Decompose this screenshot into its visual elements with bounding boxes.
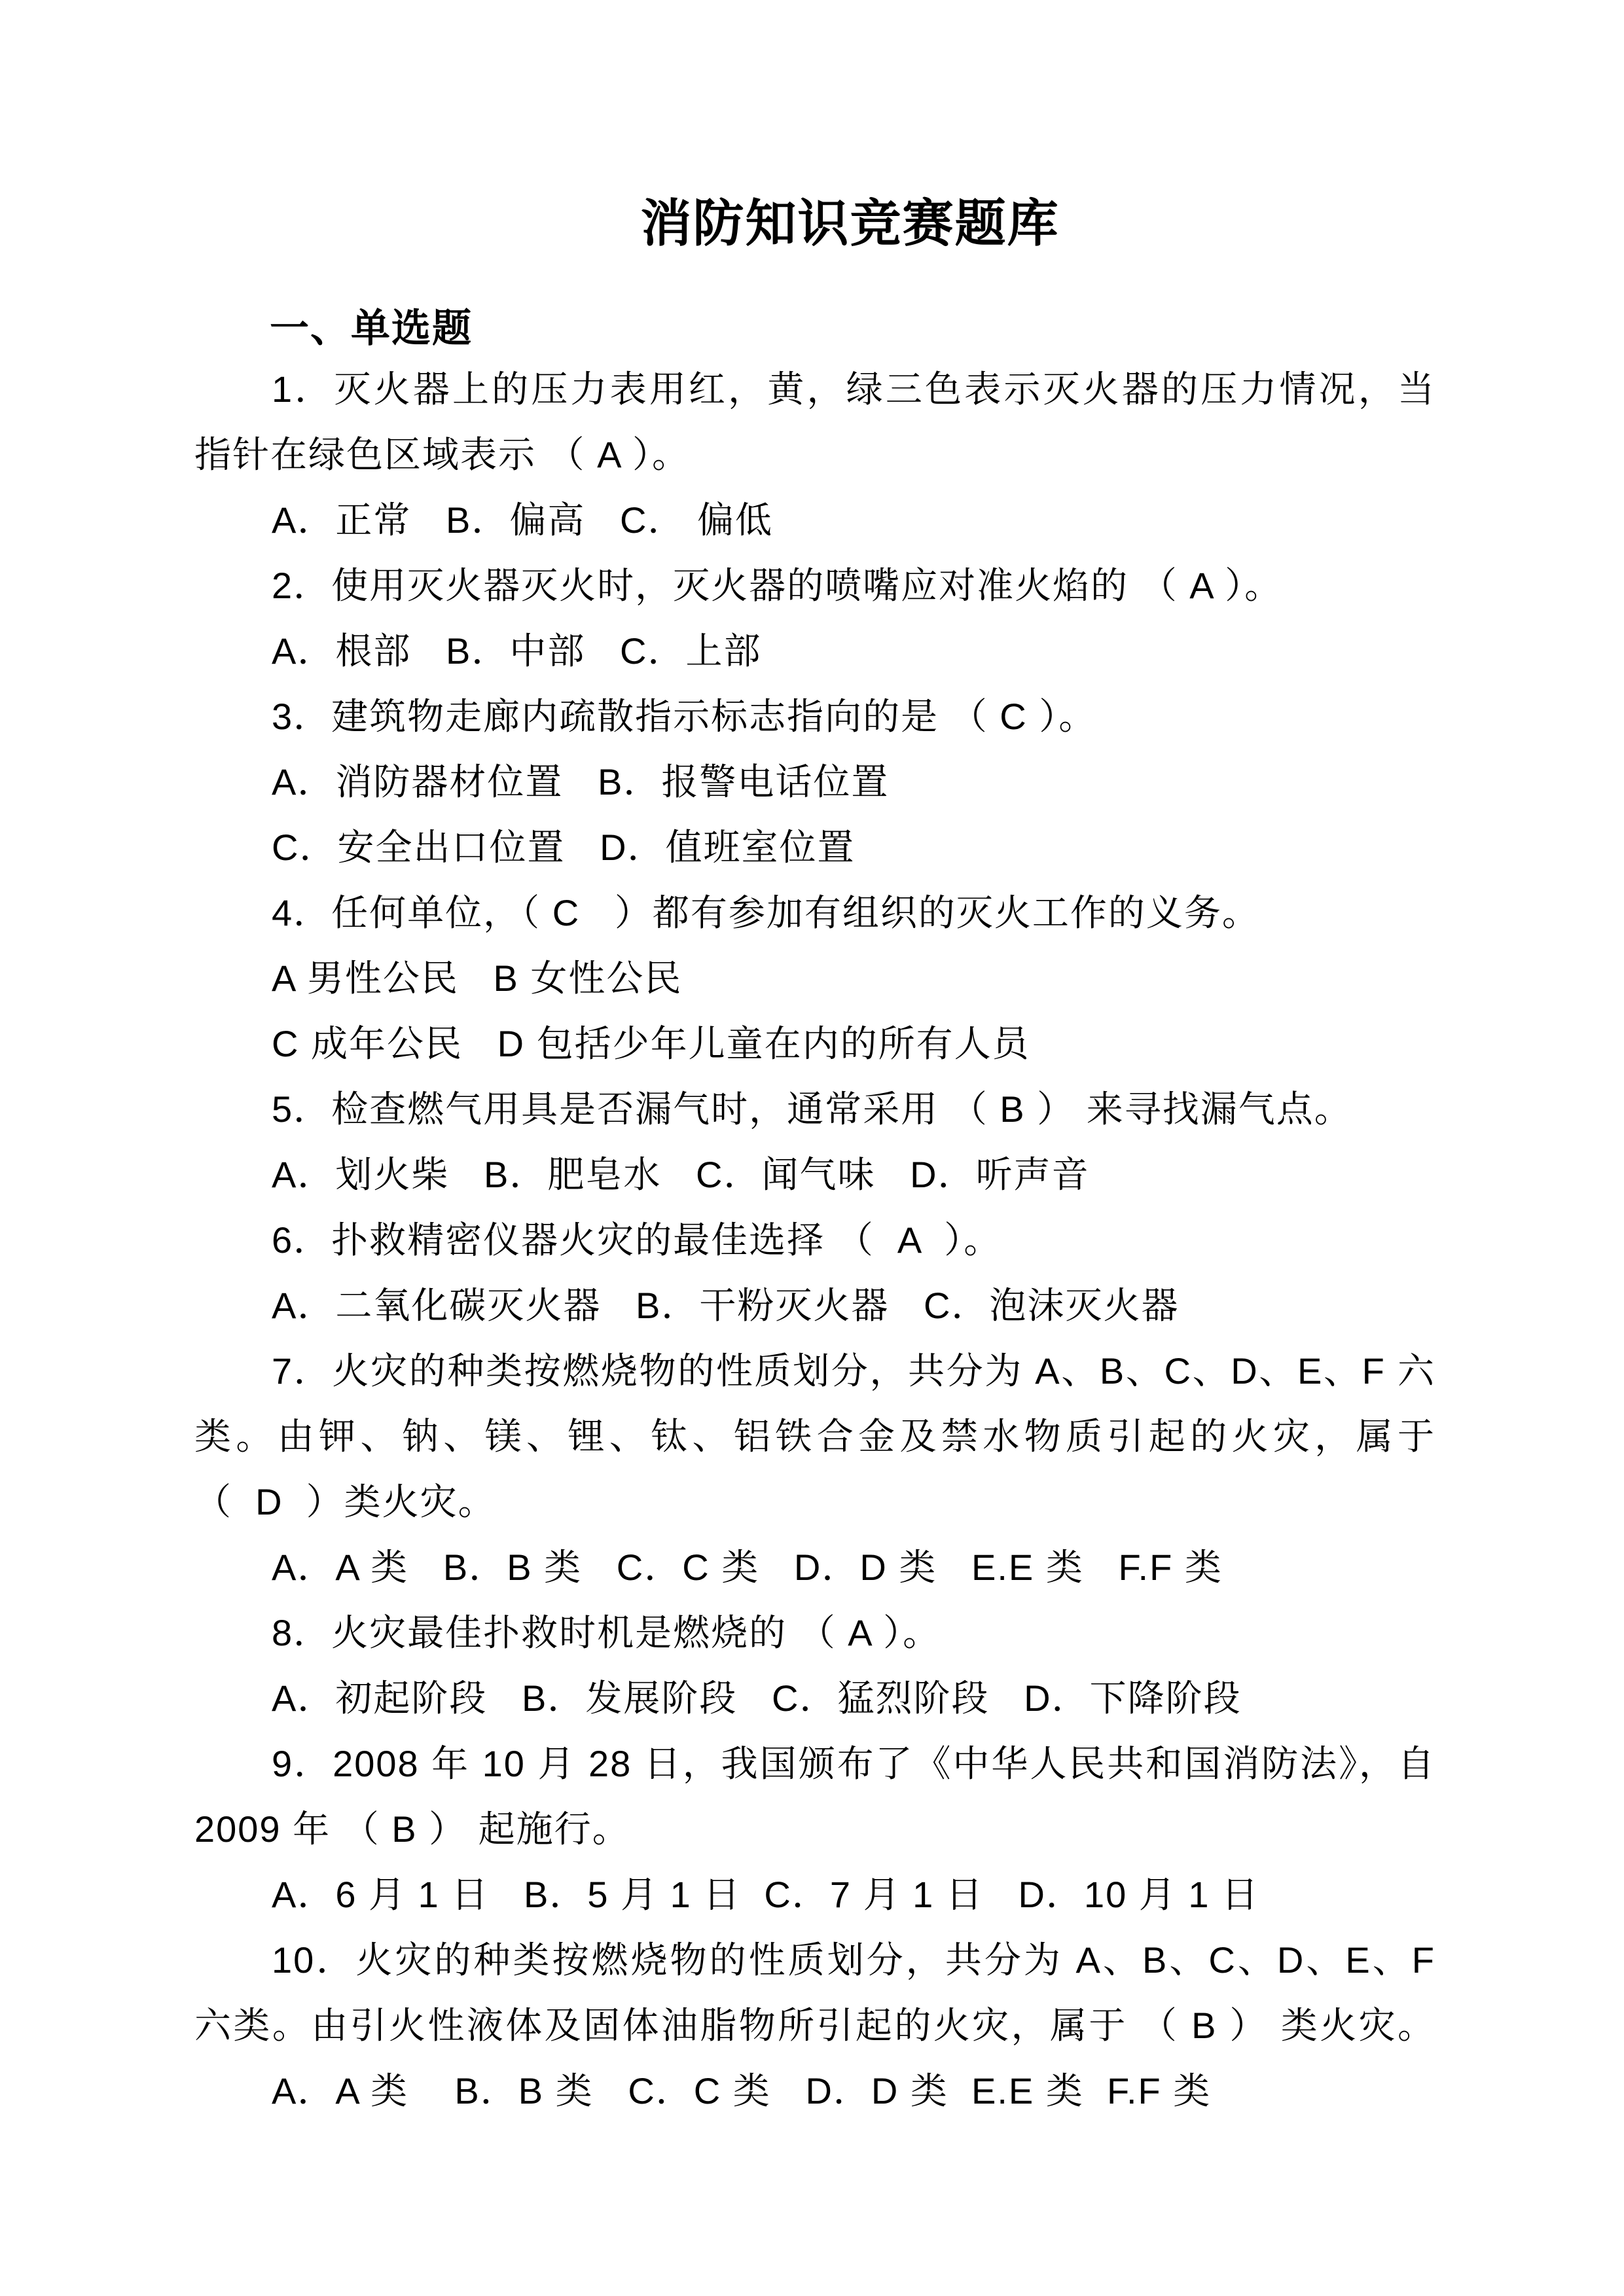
text-line: A 男性公民 B 女性公民 — [194, 946, 1435, 1011]
text-line: 六类。由引火性液体及固体油脂物所引起的火灾，属于 （ B ） 类火灾。 — [194, 1993, 1435, 2058]
text-line: C．安全出口位置 D．值班室位置 — [194, 815, 1435, 880]
text-line: 指针在绿色区域表示 （ A ）。 — [194, 422, 1435, 488]
text-line: 7．火灾的种类按燃烧物的性质划分，共分为 A、B、C、D、E、F 六 — [194, 1338, 1435, 1404]
text-line: （ D ）类火灾。 — [194, 1469, 1435, 1535]
text-line: 2009 年 （ B ） 起施行。 — [194, 1797, 1435, 1862]
text-line: 2．使用灭火器灭火时，灭火器的喷嘴应对准火焰的 （ A ）。 — [194, 553, 1435, 619]
text-line: 类。由钾、钠、镁、锂、钛、铝铁合金及禁水物质引起的火灾，属于 — [194, 1404, 1435, 1469]
text-line: 9．2008 年 10 月 28 日，我国颁布了《中华人民共和国消防法》，自 — [194, 1731, 1435, 1797]
document-page: 消防知识竞赛题库 一、单选题 1．灭火器上的压力表用红，黄，绿三色表示灭火器的压… — [0, 0, 1624, 2296]
section-heading: 一、单选题 — [270, 296, 473, 361]
text-line: A．初起阶段 B．发展阶段 C．猛烈阶段 D．下降阶段 — [194, 1666, 1435, 1731]
text-line: A．A 类 B．B 类 C．C 类 D．D 类 E.E 类 F.F 类 — [194, 2058, 1435, 2124]
text-line: A．消防器材位置 B．报警电话位置 — [194, 749, 1435, 815]
document-title: 消防知识竞赛题库 — [0, 184, 1624, 262]
text-line: 1．灭火器上的压力表用红，黄，绿三色表示灭火器的压力情况，当 — [194, 357, 1435, 422]
text-line: A．根部 B．中部 C．上部 — [194, 619, 1435, 684]
text-line: 3．建筑物走廊内疏散指示标志指向的是 （ C ）。 — [194, 684, 1435, 749]
question-list: 1．灭火器上的压力表用红，黄，绿三色表示灭火器的压力情况，当 指针在绿色区域表示… — [194, 357, 1435, 2124]
text-line: 4．任何单位，（ C ）都有参加有组织的灭火工作的义务。 — [194, 880, 1435, 946]
text-line: 8．火灾最佳扑救时机是燃烧的 （ A ）。 — [194, 1600, 1435, 1666]
text-line: 6．扑救精密仪器火灾的最佳选择 （ A ）。 — [194, 1208, 1435, 1273]
text-line: C 成年公民 D 包括少年儿童在内的所有人员 — [194, 1011, 1435, 1077]
text-line: 5．检查燃气用具是否漏气时，通常采用 （ B ） 来寻找漏气点。 — [194, 1077, 1435, 1142]
text-line: A．6 月 1 日 B．5 月 1 日 C．7 月 1 日 D．10 月 1 日 — [194, 1862, 1435, 1928]
text-line: A．划火柴 B．肥皂水 C．闻气味 D．听声音 — [194, 1142, 1435, 1208]
text-line: 10．火灾的种类按燃烧物的性质划分，共分为 A、B、C、D、E、F — [194, 1928, 1435, 1993]
text-line: A．A 类 B．B 类 C．C 类 D．D 类 E.E 类 F.F 类 — [194, 1535, 1435, 1600]
text-line: A．二氧化碳灭火器 B．干粉灭火器 C．泡沫灭火器 — [194, 1273, 1435, 1338]
text-line: A．正常 B．偏高 C． 偏低 — [194, 488, 1435, 553]
